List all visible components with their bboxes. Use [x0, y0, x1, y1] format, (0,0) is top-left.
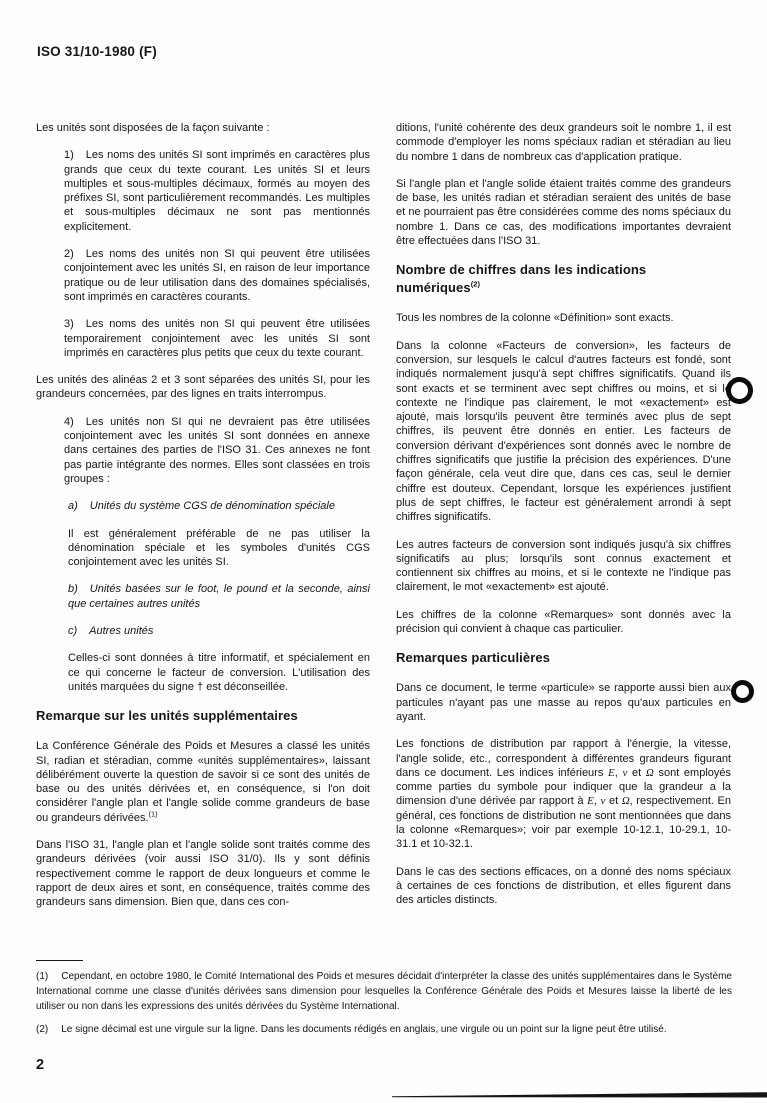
fonctions-distribution-paragraph: Les fonctions de distribution par rappor… — [396, 737, 731, 851]
facteurs-paragraph: Dans la colonne «Facteurs de conversion»… — [396, 339, 731, 525]
item-text: Les noms des unités non SI qui peuvent ê… — [64, 248, 370, 303]
section-heading-nombre-de-chiffres: Nombre de chiffres dans les indications … — [396, 261, 731, 297]
item-letter: b) — [68, 583, 90, 595]
footnote-text: Cependant, en octobre 1980, le Comité In… — [36, 971, 732, 1012]
item-text: Unités du système CGS de dénomination sp… — [90, 500, 335, 512]
two-column-body: Les unités sont disposées de la façon su… — [36, 121, 731, 922]
binder-hole-icon — [731, 680, 754, 703]
conference-paragraph: La Conférence Générale des Poids et Mesu… — [36, 739, 370, 825]
lettered-item-c: c)Autres unités — [36, 624, 370, 638]
document-reference: ISO 31/10-1980 (F) — [37, 44, 157, 59]
celles-ci-paragraph: Celles-ci sont données à titre informati… — [36, 651, 370, 694]
section-heading-unites-supplementaires: Remarque sur les unités supplémentaires — [36, 707, 370, 725]
left-column: Les unités sont disposées de la façon su… — [36, 121, 370, 922]
item-text: Les noms des unités non SI qui peuvent ê… — [64, 318, 370, 359]
numbered-item-1: 1)Les noms des unités SI sont imprimés e… — [36, 148, 370, 234]
right-column: ditions, l'unité cohérente des deux gran… — [396, 121, 731, 922]
si-angle-paragraph: Si l'angle plan et l'angle solide étaien… — [396, 177, 731, 248]
footnote-rule — [36, 960, 83, 961]
footnote-2: (2)Le signe décimal est une virgule sur … — [36, 1022, 732, 1037]
alineas-paragraph: Les unités des alinéas 2 et 3 sont sépar… — [36, 373, 370, 402]
tous-les-nombres-paragraph: Tous les nombres de la colonne «Définiti… — [396, 311, 731, 325]
cgs-paragraph: Il est généralement préférable de ne pas… — [36, 527, 370, 570]
footnotes: (1)Cependant, en octobre 1980, le Comité… — [36, 960, 732, 1044]
document-page: ISO 31/10-1980 (F) Les unités sont dispo… — [0, 0, 767, 1103]
chiffres-remarques-paragraph: Les chiffres de la colonne «Remarques» s… — [396, 608, 731, 637]
footnote-text: Le signe décimal est une virgule sur la … — [61, 1024, 666, 1035]
iso31-paragraph: Dans l'ISO 31, l'angle plan et l'angle s… — [36, 838, 370, 909]
item-number: 4) — [64, 416, 86, 428]
item-letter: a) — [68, 500, 90, 512]
autres-facteurs-paragraph: Les autres facteurs de conversion sont i… — [396, 538, 731, 595]
item-number: 2) — [64, 248, 86, 260]
numbered-item-4: 4)Les unités non SI qui ne devraient pas… — [36, 415, 370, 486]
item-text: Unités basées sur le foot, le pound et l… — [68, 583, 370, 609]
intro-paragraph: Les unités sont disposées de la façon su… — [36, 121, 370, 135]
item-number: 3) — [64, 318, 86, 330]
item-text: Les noms des unités SI sont imprimés en … — [64, 149, 370, 232]
footnote-marker: (1) — [36, 971, 61, 982]
numbered-item-2: 2)Les noms des unités non SI qui peuvent… — [36, 247, 370, 304]
item-number: 1) — [64, 149, 86, 161]
lettered-item-b: b)Unités basées sur le foot, le pound et… — [36, 582, 370, 611]
numbered-item-3: 3)Les noms des unités non SI qui peuvent… — [36, 317, 370, 360]
item-text: Les unités non SI qui ne devraient pas ê… — [64, 416, 370, 485]
page-number: 2 — [36, 1057, 44, 1073]
lettered-item-a: a)Unités du système CGS de dénomination … — [36, 499, 370, 513]
footnote-marker: (2) — [36, 1024, 61, 1035]
footnote-1: (1)Cependant, en octobre 1980, le Comité… — [36, 969, 732, 1015]
sections-efficaces-paragraph: Dans le cas des sections efficaces, on a… — [396, 865, 731, 908]
section-heading-remarques-particulieres: Remarques particulières — [396, 649, 731, 667]
item-text: Autres unités — [89, 625, 153, 637]
item-letter: c) — [68, 625, 89, 637]
scan-edge-artifact — [0, 1088, 767, 1100]
ditions-paragraph: ditions, l'unité cohérente des deux gran… — [396, 121, 731, 164]
particule-paragraph: Dans ce document, le terme «particule» s… — [396, 681, 731, 724]
